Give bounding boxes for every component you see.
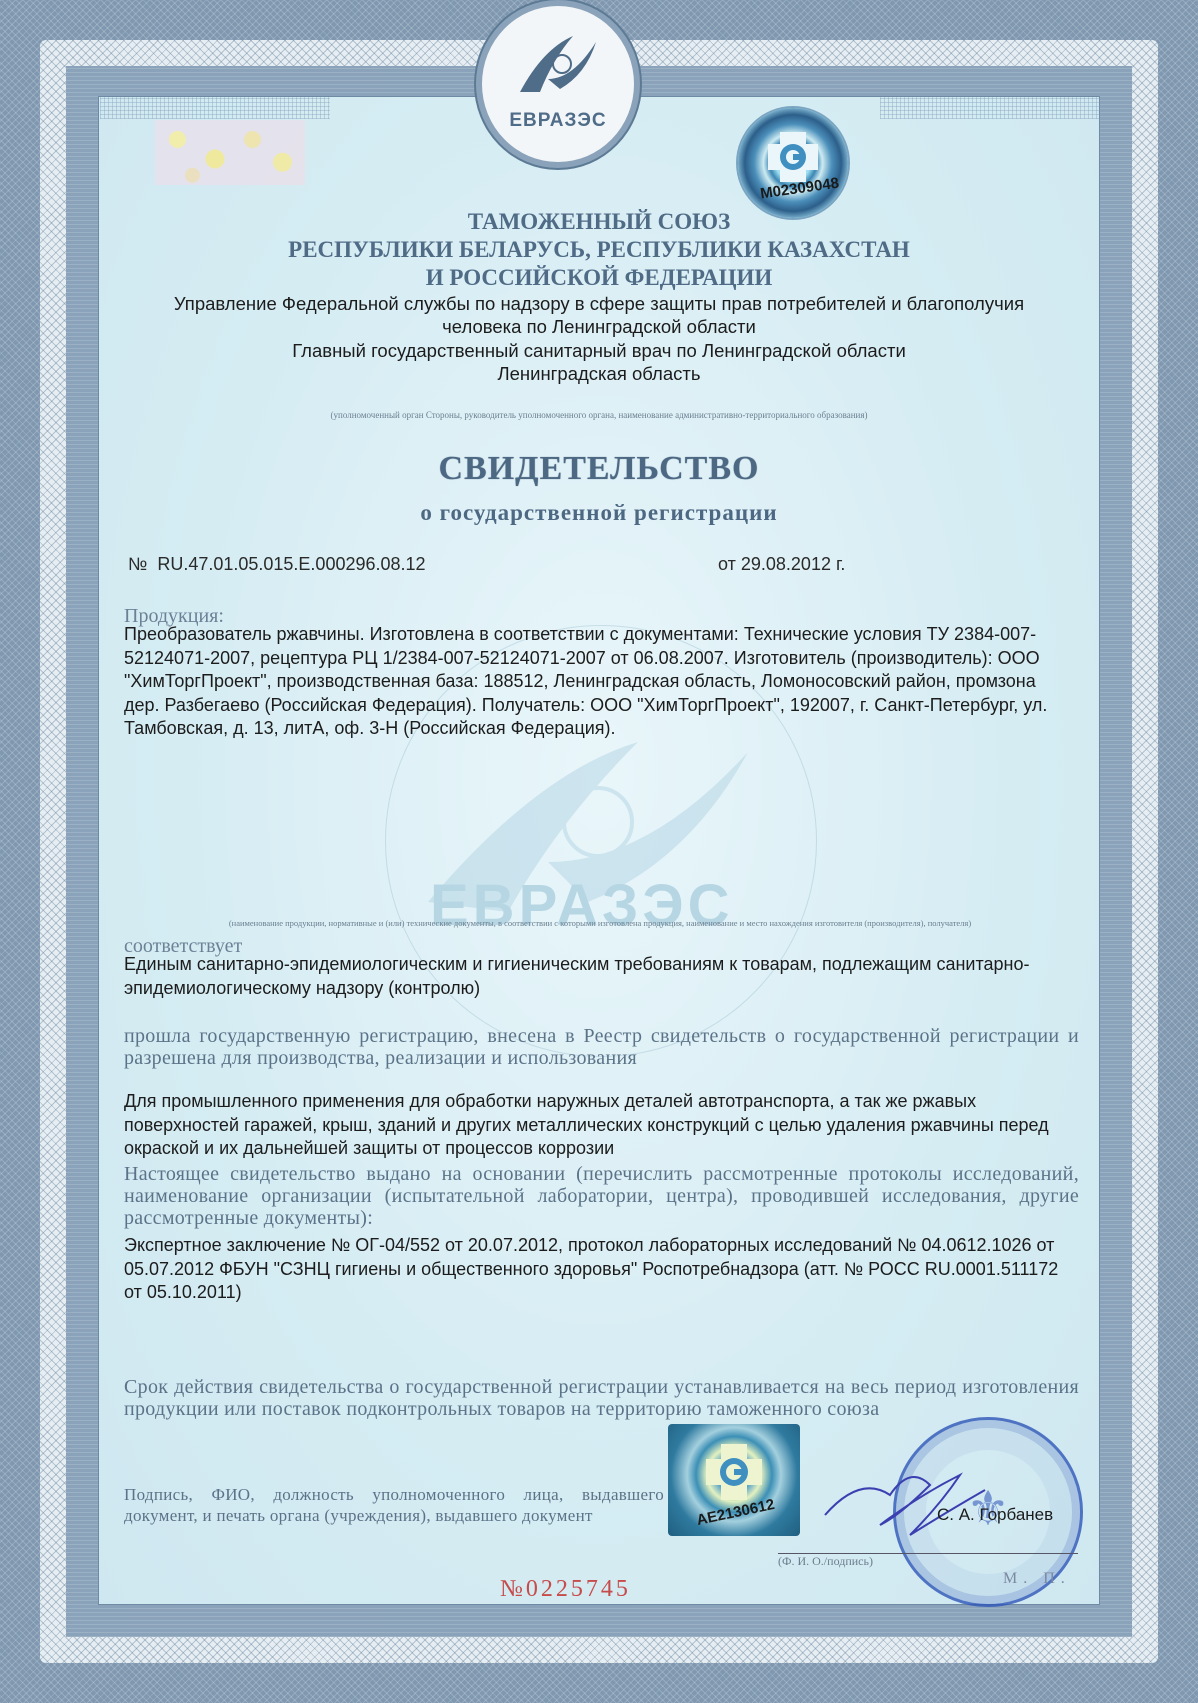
authority-caption: (уполномоченный орган Стороны, руководит…: [100, 410, 1098, 420]
registration-date: от 29.08.2012 г.: [718, 554, 845, 575]
compliance-text: Единым санитарно-эпидемиологическим и ги…: [124, 953, 1074, 1000]
authority-line1: Управление Федеральной службы по надзору…: [100, 292, 1098, 315]
authority-line4: Ленинградская область: [100, 362, 1098, 385]
authority-line2: человека по Ленинградской области: [100, 315, 1098, 338]
registration-date-value: 29.08.2012 г.: [741, 554, 845, 574]
union-title-line1: ТАМОЖЕННЫЙ СОЮЗ: [100, 208, 1098, 235]
sanitary-seal-icon: [704, 1442, 764, 1502]
union-title-line3: И РОССИЙСКОЙ ФЕДЕРАЦИИ: [100, 264, 1098, 291]
registration-number: № RU.47.01.05.015.Е.000296.08.12: [128, 554, 426, 575]
form-serial-number: №0225745: [500, 1576, 631, 1603]
microprint-grid: [880, 97, 1100, 119]
sanitary-seal-icon: [766, 130, 820, 184]
hologram-sticker-top: M02309048: [738, 108, 848, 218]
registration-statement: прошла государственную регистрацию, внес…: [124, 1025, 1079, 1069]
emblem-label: ЕВРАЗЭС: [482, 110, 634, 132]
number-sign: №: [128, 554, 147, 574]
signature-caption: Подпись, ФИО, должность уполномоченного …: [124, 1484, 664, 1526]
eurasec-logo-icon: [518, 34, 598, 94]
hologram-sticker-bottom: AE2130612: [668, 1424, 800, 1536]
signature-line-caption: (Ф. И. О./подпись): [778, 1554, 873, 1569]
document-title: СВИДЕТЕЛЬСТВО: [100, 450, 1098, 488]
product-description: Преобразователь ржавчины. Изготовлена в …: [124, 623, 1074, 741]
watermark-text: ЕВРАЗЭС: [430, 872, 734, 939]
usage-description: Для промышленного применения для обработ…: [124, 1090, 1074, 1161]
product-caption: (наименование продукции, нормативные и (…: [122, 918, 1078, 928]
stamp-place-mark: М. П.: [1003, 1570, 1071, 1588]
basis-documents: Экспертное заключение № ОГ-04/552 от 20.…: [124, 1234, 1074, 1305]
union-title-line2: РЕСПУБЛИКИ БЕЛАРУСЬ, РЕСПУБЛИКИ КАЗАХСТА…: [100, 236, 1098, 263]
handwritten-signature: [820, 1455, 990, 1545]
document-subtitle: о государственной регистрации: [100, 500, 1098, 526]
registration-number-value: RU.47.01.05.015.Е.000296.08.12: [157, 554, 425, 574]
authority-line3: Главный государственный санитарный врач …: [100, 339, 1098, 362]
validity-statement: Срок действия свидетельства о государств…: [124, 1376, 1079, 1420]
basis-statement: Настоящее свидетельство выдано на основа…: [124, 1163, 1079, 1229]
eurasec-emblem: ЕВРАЗЭС: [476, 0, 640, 168]
security-pattern: [155, 120, 305, 185]
microprint-grid: [100, 97, 330, 119]
signer-name: С. А. Горбанев: [937, 1505, 1053, 1525]
date-label: от: [718, 554, 736, 574]
